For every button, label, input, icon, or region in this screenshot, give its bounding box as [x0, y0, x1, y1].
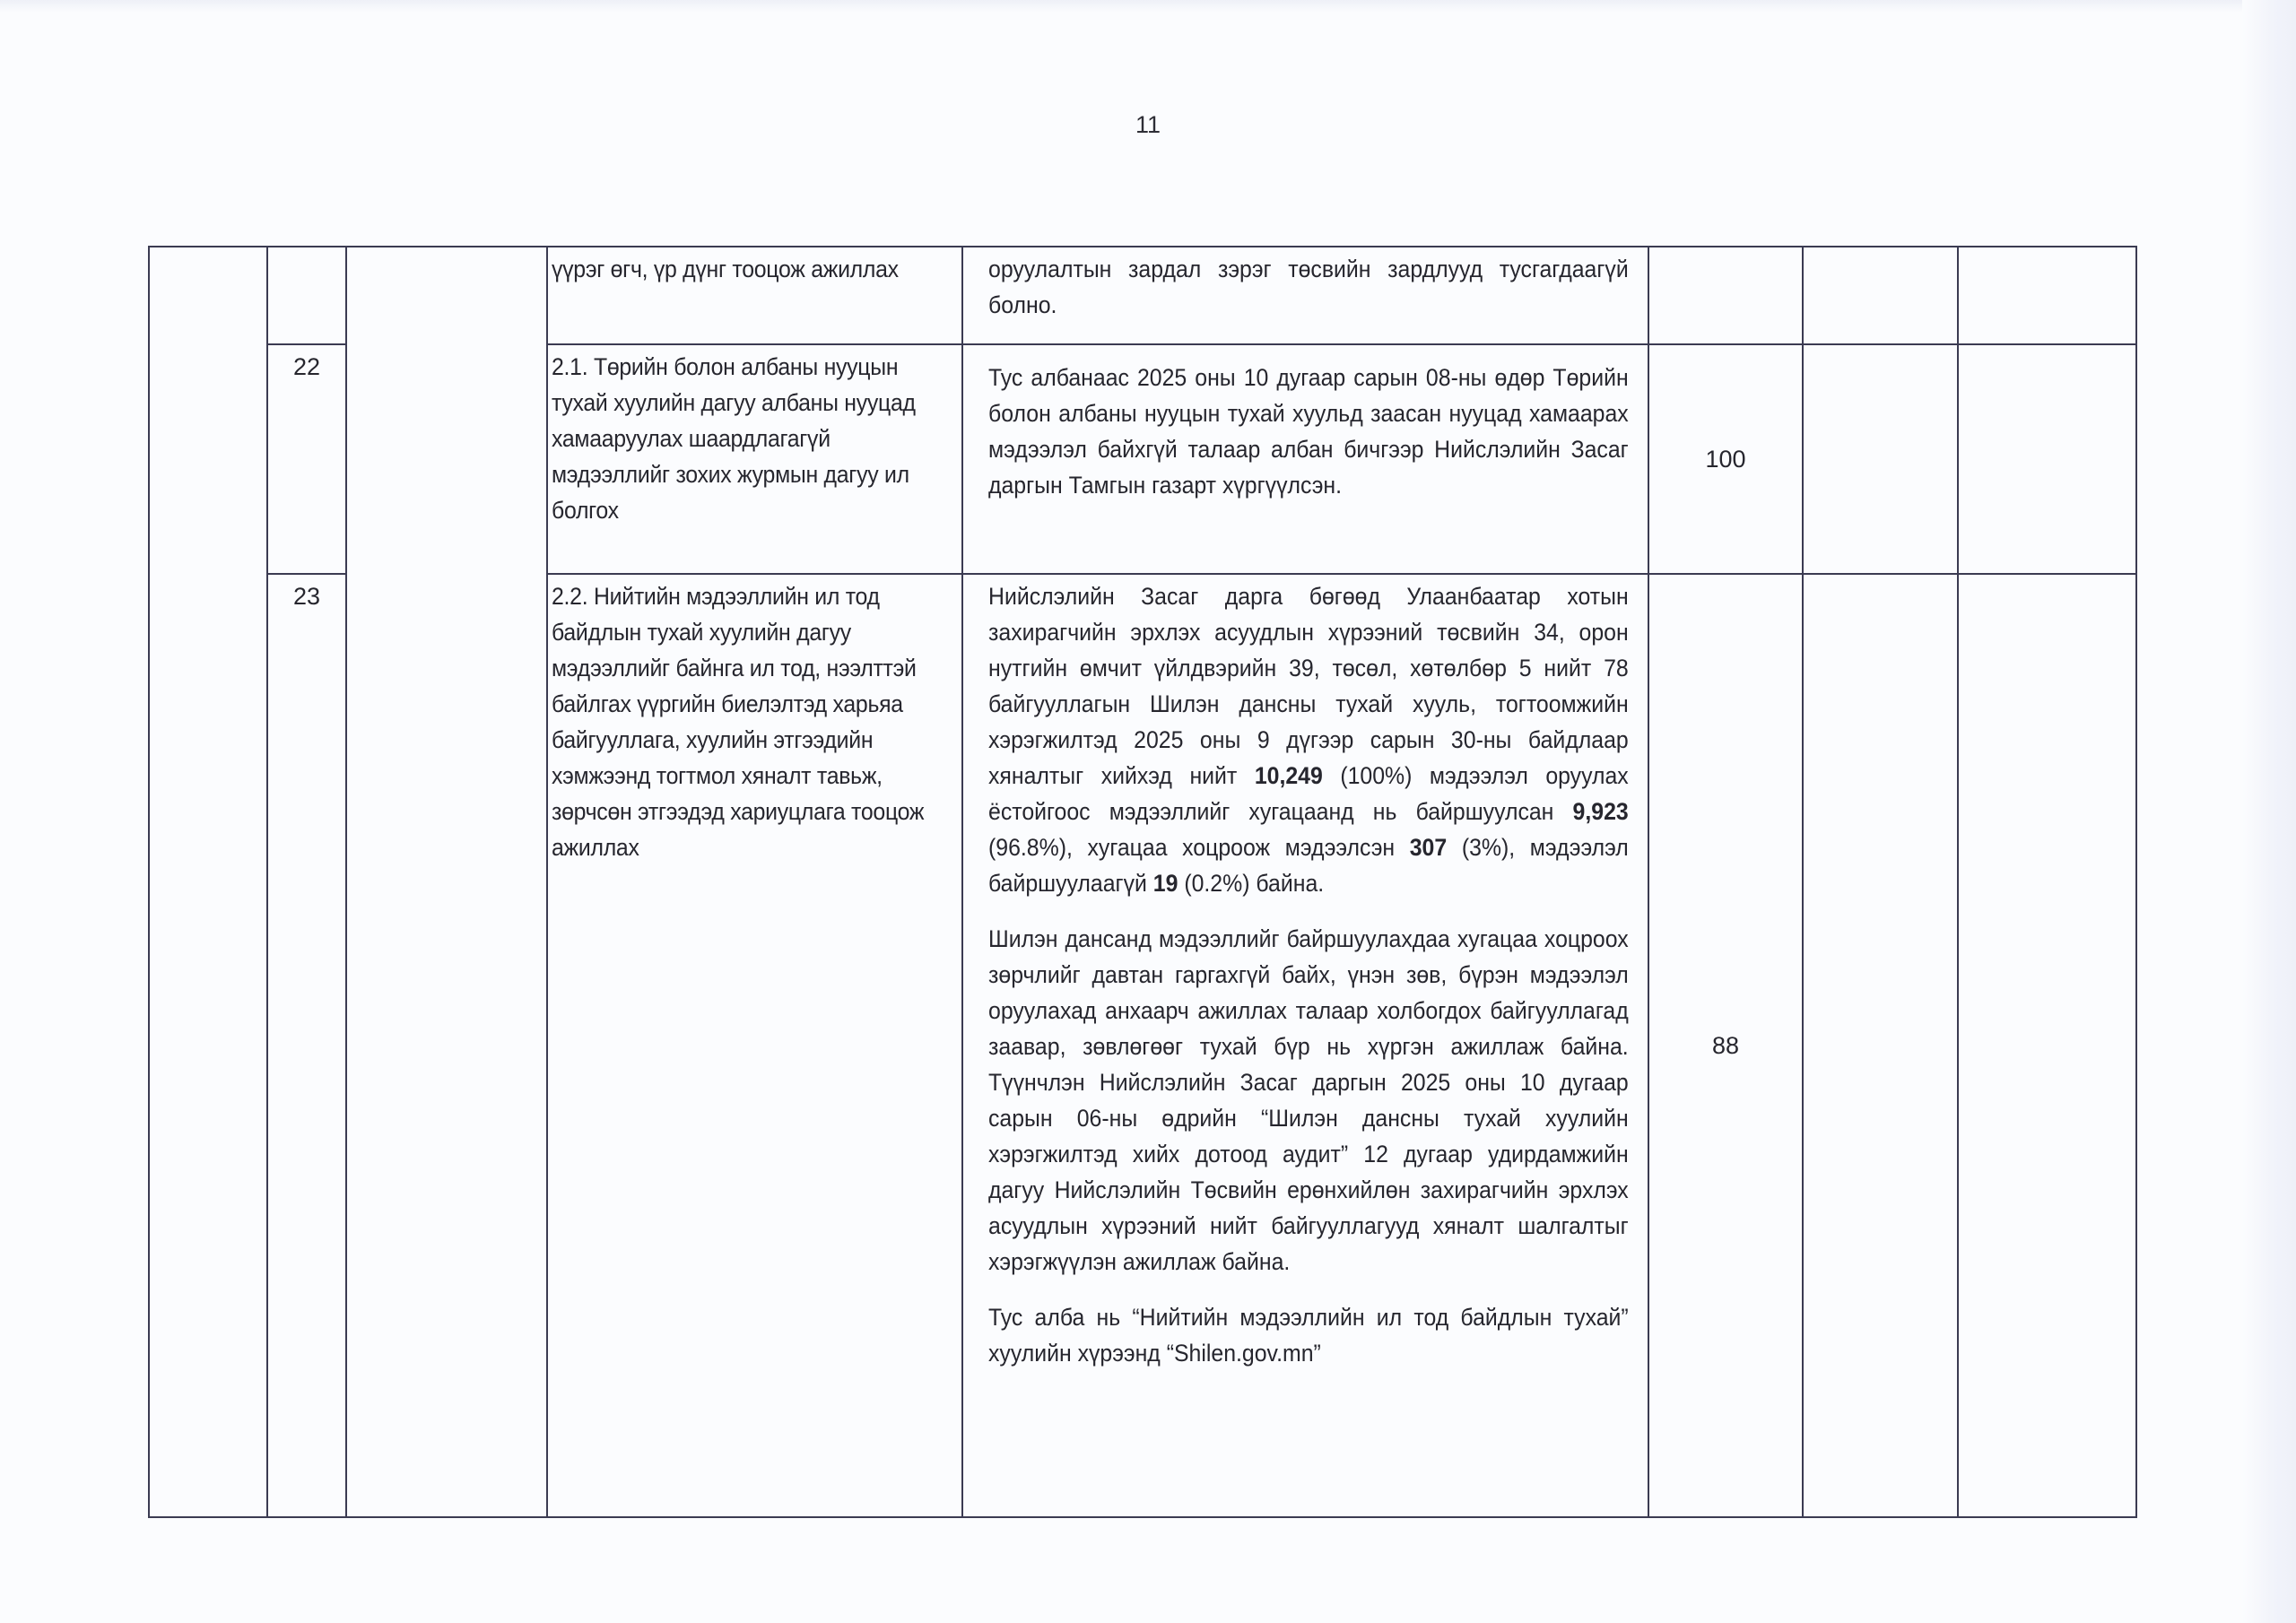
stat-on-time: 9,923 — [1573, 798, 1629, 825]
cell-score: 100 — [1648, 344, 1803, 574]
table-row: үүрэг өгч, үр дүнг тооцож ажиллах оруула… — [149, 247, 2136, 344]
cell-empty — [1958, 344, 2136, 574]
result-paragraph: оруулалтын зардал зэрэг төсвийн зардлууд… — [988, 251, 1629, 323]
stat-late: 307 — [1410, 834, 1447, 861]
cell-index — [267, 247, 346, 344]
task-text: 2.2. Нийтийн мэдээллийн ил тод байдлын т… — [552, 578, 953, 865]
result-text: Тус албанаас 2025 оны 10 дугаар сарын 08… — [988, 360, 1629, 503]
stat-missing: 19 — [1153, 870, 1178, 897]
cell-task: 2.2. Нийтийн мэдээллийн ил тод байдлын т… — [547, 574, 962, 1517]
report-table: үүрэг өгч, үр дүнг тооцож ажиллах оруула… — [148, 246, 2137, 1518]
cell-empty — [1803, 247, 1958, 344]
cell-result: Тус албанаас 2025 оны 10 дугаар сарын 08… — [962, 344, 1648, 574]
result-paragraph-stats: Нийслэлийн Засаг дарга бөгөөд Улаанбаата… — [988, 578, 1629, 901]
stat-on-time-pct: (96.8%), хугацаа хоцроож мэдээлсэн — [988, 834, 1410, 861]
cell-group-number — [149, 247, 267, 1517]
result-text: оруулалтын зардал зэрэг төсвийн зардлууд… — [988, 251, 1629, 323]
cell-task: үүрэг өгч, үр дүнг тооцож ажиллах — [547, 247, 962, 344]
result-paragraph: Тус албанаас 2025 оны 10 дугаар сарын 08… — [988, 360, 1629, 503]
cell-score — [1648, 247, 1803, 344]
page-edge-shadow — [2242, 0, 2296, 1623]
cell-index: 23 — [267, 574, 346, 1517]
stat-missing-pct: (0.2%) байна. — [1178, 870, 1324, 897]
result-paragraph: Шилэн дансанд мэдээллийг байршуулахдаа х… — [988, 921, 1629, 1280]
task-text: үүрэг өгч, үр дүнг тооцож ажиллах — [552, 251, 953, 287]
cell-task: 2.1. Төрийн болон албаны нууцын тухай ху… — [547, 344, 962, 574]
cell-empty — [1803, 344, 1958, 574]
cell-empty — [1958, 247, 2136, 344]
page-top-shadow — [0, 0, 2296, 13]
cell-result: оруулалтын зардал зэрэг төсвийн зардлууд… — [962, 247, 1648, 344]
cell-score: 88 — [1648, 574, 1803, 1517]
cell-index: 22 — [267, 344, 346, 574]
page-number: 11 — [1132, 111, 1164, 139]
stat-total: 10,249 — [1255, 762, 1323, 789]
cell-empty — [1803, 574, 1958, 1517]
cell-objective — [346, 247, 547, 1517]
stats-intro: Нийслэлийн Засаг дарга бөгөөд Улаанбаата… — [988, 583, 1629, 789]
result-paragraph: Тус алба нь “Нийтийн мэдээллийн ил тод б… — [988, 1299, 1629, 1371]
cell-empty — [1958, 574, 2136, 1517]
task-text: 2.1. Төрийн болон албаны нууцын тухай ху… — [552, 349, 953, 528]
result-text: Нийслэлийн Засаг дарга бөгөөд Улаанбаата… — [988, 578, 1629, 1371]
cell-result: Нийслэлийн Засаг дарга бөгөөд Улаанбаата… — [962, 574, 1648, 1517]
